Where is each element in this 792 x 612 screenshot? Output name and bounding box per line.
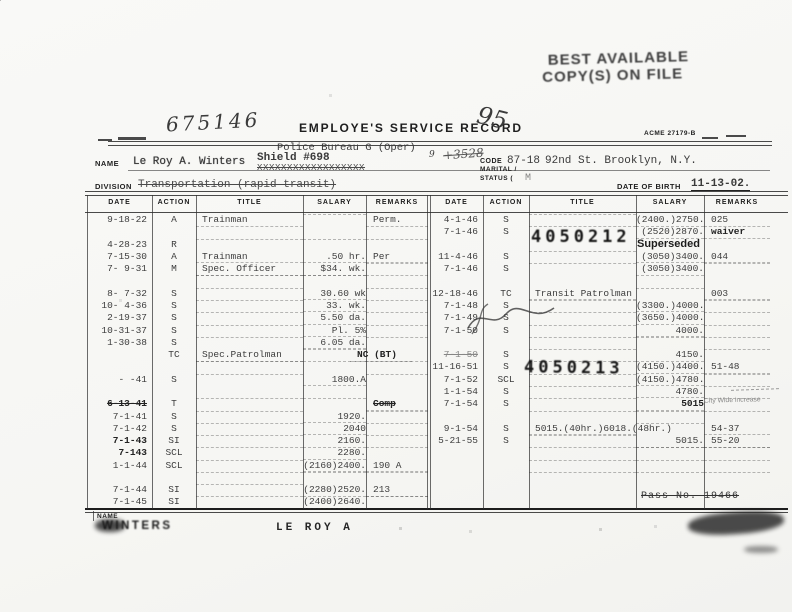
col-header-title: TITLE	[196, 199, 303, 206]
cell-title: Trainman	[196, 214, 303, 227]
cell-title: 5015.(40hr.)6018.(48hr.)	[529, 423, 636, 436]
cell-remarks: 003	[704, 288, 770, 301]
service-row	[87, 275, 428, 287]
cell-date: 5-21-55	[428, 435, 483, 447]
service-row	[87, 361, 428, 373]
cell-title	[529, 349, 636, 350]
service-row: 7-1-46S(3050)3400.	[428, 263, 770, 275]
cell-remarks	[704, 374, 770, 375]
cell-action: S	[152, 312, 196, 324]
cell-action: S	[483, 361, 529, 373]
cell-salary: (3050)3400.	[636, 263, 704, 276]
cell-salary: Pl. 5%	[303, 325, 366, 338]
cell-title	[196, 484, 303, 485]
cell-remarks: Perm.	[366, 214, 428, 227]
ink-smudge	[744, 546, 778, 553]
service-row	[428, 275, 770, 287]
cell-date: 7-1-42	[87, 423, 152, 435]
marital-label-2: STATUS (	[480, 175, 513, 182]
cell-title	[529, 460, 636, 461]
service-row	[87, 472, 428, 484]
cell-action: SCL	[152, 447, 196, 459]
cell-action: S	[152, 325, 196, 337]
cell-remarks	[366, 312, 428, 313]
cell-date: 7- 9-31	[87, 263, 152, 275]
service-row: 7-1-42S2040	[87, 423, 428, 435]
cell-date: 11-4-46	[428, 251, 483, 263]
header-bottom-rule	[85, 212, 788, 213]
dob-label: DATE OF BIRTH	[617, 182, 681, 191]
cell-salary: 2040	[303, 423, 366, 436]
cell-action: R	[152, 239, 196, 251]
scan-mark	[726, 135, 746, 137]
cell-date: 7-1-50	[428, 349, 483, 361]
cell-salary	[636, 472, 704, 473]
pass-number-struck: Pass No. 19466	[641, 491, 739, 502]
col-header-salary: SALARY	[636, 199, 704, 206]
cell-date: 7-1-52	[428, 374, 483, 386]
cell-title: Trainman	[196, 251, 303, 264]
cell-action: SI	[152, 484, 196, 496]
cell-remarks	[366, 239, 428, 240]
table-bottom-rule-2	[85, 512, 788, 513]
cell-remarks	[366, 288, 428, 289]
cell-remarks	[704, 337, 770, 338]
col-header-title: TITLE	[529, 199, 636, 206]
service-row	[87, 386, 428, 398]
cell-salary: 2160.	[303, 435, 366, 448]
cell-salary: 4150.	[636, 349, 704, 362]
service-row: 6-13-41TComp	[87, 398, 428, 410]
service-row: 5-21-55S5015.55-20	[428, 435, 770, 447]
cell-salary: 2280.	[303, 447, 366, 460]
stamp-line-2: COPY(S) ON FILE	[542, 65, 690, 86]
address-value: 92nd St. Brooklyn, N.Y.	[545, 155, 697, 167]
cell-salary: (2520)2870.	[636, 226, 704, 239]
service-row: 10-31-37SPl. 5%	[87, 325, 428, 337]
cell-title	[529, 472, 636, 473]
cell-salary: 5015.	[636, 435, 704, 448]
service-row	[87, 226, 428, 238]
cell-remarks: 190 A	[366, 460, 428, 473]
cell-salary: (4150.)4400.	[636, 361, 704, 374]
service-row: 4-1-46S(2400.)2750.025	[428, 214, 770, 226]
cell-title: Spec.Patrolman	[196, 349, 303, 362]
cell-title	[196, 275, 303, 276]
cell-salary: (3650.)4000.	[636, 312, 704, 325]
cell-remarks	[704, 312, 770, 313]
cell-action: A	[152, 214, 196, 226]
cell-title	[196, 239, 303, 240]
cell-salary: 5.50 da.	[303, 312, 366, 325]
cell-date: 1-30-38	[87, 337, 152, 349]
cell-action: S	[483, 386, 529, 398]
cell-title: Spec. Officer	[196, 263, 303, 276]
cell-action: S	[483, 435, 529, 447]
service-row	[428, 337, 770, 349]
cell-action: S	[483, 349, 529, 361]
cell-remarks	[366, 325, 428, 326]
cell-action: S	[152, 300, 196, 312]
cell-title	[196, 472, 303, 473]
service-row: 7-1-44SI(2280)2520.213	[87, 484, 428, 496]
cell-title	[529, 398, 636, 399]
cell-remarks	[704, 300, 770, 301]
name-label: NAME	[95, 159, 119, 168]
crossed-out-text: XXXXXXXXXXXXXXXXXX	[257, 163, 365, 173]
cell-title	[529, 251, 636, 252]
cell-action: S	[152, 337, 196, 349]
best-available-stamp: BEST AVAILABLE COPY(S) ON FILE	[548, 48, 690, 86]
cell-remarks	[366, 472, 428, 473]
cell-title	[196, 374, 303, 375]
service-table-left: 9-18-22ATrainmanPerm.4-28-23R7-15-30ATra…	[87, 214, 428, 509]
service-row: 7-1-45SI(2400)2640.	[87, 496, 428, 508]
cell-title	[196, 288, 303, 289]
service-row: 1-30-38S6.05 da.	[87, 337, 428, 349]
cell-salary: $34. wk.	[303, 263, 366, 276]
cell-remarks: waiver	[704, 226, 770, 239]
handwritten-digit: 9	[429, 150, 435, 160]
cell-salary: (2400.)2750.	[636, 214, 704, 227]
cell-date: 7-1-54	[428, 398, 483, 410]
cell-salary	[303, 361, 366, 362]
cell-title: Transit Patrolman	[529, 288, 636, 301]
service-row: 7-1-43SI2160.	[87, 435, 428, 447]
cell-salary: 33. wk.	[303, 300, 366, 313]
cell-date: 7-1-44	[87, 484, 152, 496]
cell-salary	[636, 337, 704, 338]
service-row: 10- 4-36S33. wk.	[87, 300, 428, 312]
table-top-rule-2	[85, 195, 788, 196]
cell-title	[196, 447, 303, 448]
cell-action: S	[152, 288, 196, 300]
payroll-stamp-1: 4050212	[531, 227, 631, 247]
cell-remarks	[366, 337, 428, 338]
cell-date: 9-18-22	[87, 214, 152, 226]
cell-action: S	[483, 423, 529, 435]
service-row: 2-19-37S5.50 da.	[87, 312, 428, 324]
cell-date: 9-1-54	[428, 423, 483, 435]
form-number: ACME 27179-B	[644, 130, 696, 137]
cell-remarks	[704, 472, 770, 473]
service-row: 11-4-46S(3050)3400.044	[428, 251, 770, 263]
cell-salary: 6.05 da.	[303, 337, 366, 350]
cell-date: 2-19-37	[87, 312, 152, 324]
cell-action: SCL	[483, 374, 529, 386]
title-rule-top	[108, 141, 772, 142]
cell-salary	[303, 472, 366, 473]
handwritten-file-number: 675146	[165, 108, 260, 137]
cell-title	[529, 263, 636, 264]
col-header-action: ACTION	[152, 199, 196, 206]
cell-date: 1-1-54	[428, 386, 483, 398]
cell-title	[196, 325, 303, 326]
cell-date: 8- 7-32	[87, 288, 152, 300]
cell-salary: 30.60 wk	[303, 288, 366, 301]
scan-mark	[702, 137, 718, 139]
cell-action: S	[483, 398, 529, 410]
cell-remarks: 044	[704, 251, 770, 264]
division-label: DIVISION	[95, 182, 132, 191]
cell-date: 6-13-41	[87, 398, 152, 410]
service-row: 7- 9-31MSpec. Officer$34. wk.	[87, 263, 428, 275]
cell-salary: 5015	[636, 398, 704, 411]
cell-title	[529, 386, 636, 387]
ink-smudge	[687, 509, 784, 538]
cell-salary: (2160)2400.	[303, 460, 366, 473]
cell-action: TC	[483, 288, 529, 300]
cell-salary: .50 hr.	[303, 251, 366, 264]
col-header-date: DATE	[87, 199, 152, 206]
service-row	[428, 460, 770, 472]
cell-title	[196, 496, 303, 497]
name-value: Le Roy A. Winters	[133, 156, 245, 168]
cell-salary: (3050)3400.	[636, 251, 704, 264]
cell-action: S	[152, 374, 196, 386]
service-row: 8- 7-32S30.60 wk	[87, 288, 428, 300]
col-header-action: ACTION	[483, 199, 529, 206]
cell-remarks	[366, 374, 428, 375]
cell-title	[196, 312, 303, 313]
cell-remarks	[366, 411, 428, 412]
cell-date: 10- 4-36	[87, 300, 152, 312]
cell-date: 1-1-44	[87, 460, 152, 472]
cell-remarks	[704, 411, 770, 412]
cell-salary: (3300.)4000.	[636, 300, 704, 313]
cell-date: 7-143	[87, 447, 152, 459]
cell-title	[196, 435, 303, 436]
cell-salary	[636, 411, 704, 412]
cell-remarks: 55-20	[704, 435, 770, 448]
cell-remarks	[366, 496, 428, 497]
cell-remarks: 025	[704, 214, 770, 227]
cell-title	[196, 460, 303, 461]
cell-remarks	[704, 263, 770, 264]
cell-salary	[636, 460, 704, 461]
col-header-remarks: REMARKS	[704, 199, 770, 206]
cell-salary: 4780.	[636, 386, 704, 399]
service-row: 1-1-44SCL(2160)2400.190 A	[87, 460, 428, 472]
cell-action: TC	[152, 349, 196, 361]
cell-title	[196, 337, 303, 338]
payroll-stamp-2: 4050213	[524, 357, 624, 378]
cell-date: 10-31-37	[87, 325, 152, 337]
cell-title	[196, 300, 303, 301]
table-top-rule-1	[85, 191, 788, 192]
cell-date: 7-1-45	[87, 496, 152, 508]
cell-action: T	[152, 398, 196, 410]
service-row: 7-143SCL2280.	[87, 447, 428, 459]
cell-date: 11-16-51	[428, 361, 483, 373]
cell-remarks	[704, 460, 770, 461]
cell-title	[196, 361, 303, 362]
service-row: 4-28-23R	[87, 239, 428, 251]
cell-remarks: Comp	[366, 398, 428, 411]
footer-tick	[93, 511, 94, 521]
code-label: CODE	[480, 158, 502, 165]
cell-date: 7-1-43	[87, 435, 152, 447]
cell-action: M	[152, 263, 196, 275]
service-row	[428, 411, 770, 423]
cell-title	[529, 411, 636, 412]
cell-action: S	[152, 423, 196, 435]
paper-specks	[0, 0, 1, 1]
cell-action: S	[483, 214, 529, 226]
cell-salary	[303, 275, 366, 276]
cell-remarks	[366, 435, 428, 436]
marital-label-1: MARITAL /	[480, 166, 517, 173]
cell-salary: 1800.A	[303, 374, 366, 387]
cell-salary	[303, 214, 366, 215]
cell-salary	[636, 423, 704, 424]
cell-action: S	[483, 263, 529, 275]
cell-date: 7-1-41	[87, 411, 152, 423]
cell-date: 7-1-46	[428, 263, 483, 275]
cell-salary	[636, 447, 704, 448]
division-value: Transportation (rapid transit)	[138, 179, 336, 191]
scanned-service-record: BEST AVAILABLE COPY(S) ON FILE 675146 EM…	[0, 0, 792, 612]
cell-title	[196, 423, 303, 424]
service-row: 7-15-30ATrainman.50 hr.Per	[87, 251, 428, 263]
cell-remarks	[366, 361, 428, 362]
cell-date: - -41	[87, 374, 152, 386]
cell-remarks	[704, 325, 770, 326]
typed-given-name: LE ROY A	[276, 522, 353, 534]
cell-action: S	[483, 226, 529, 238]
cell-date: 7-15-30	[87, 251, 152, 263]
cell-remarks: Per	[366, 251, 428, 264]
service-row: TCSpec.PatrolmanNC (BT)	[87, 349, 428, 361]
cell-remarks: 54-37	[704, 423, 770, 436]
service-row: - -41S1800.A	[87, 374, 428, 386]
cell-salary: (2400)2640.	[303, 496, 366, 509]
cell-remarks	[366, 275, 428, 276]
superseded-stamp: Superseded	[637, 238, 700, 250]
cell-remarks	[366, 263, 428, 264]
cell-title	[529, 447, 636, 448]
scan-mark	[118, 137, 146, 140]
cell-remarks	[704, 386, 770, 387]
cell-title	[196, 411, 303, 412]
cell-salary	[636, 288, 704, 289]
cell-remarks: 213	[366, 484, 428, 497]
cell-remarks	[366, 447, 428, 448]
cell-remarks	[704, 349, 770, 350]
cell-date: 4-1-46	[428, 214, 483, 226]
cell-action: SI	[152, 435, 196, 447]
cell-action: SI	[152, 496, 196, 508]
service-row: 12-18-46TCTransit Patrolman003	[428, 288, 770, 300]
cell-title	[529, 214, 636, 215]
handwritten-scribble	[462, 300, 572, 338]
service-row: 7-1-41S1920.	[87, 411, 428, 423]
cell-action: S	[483, 251, 529, 263]
title-rule-bottom	[108, 145, 772, 146]
col-header-remarks: REMARKS	[366, 199, 428, 206]
service-row: 9-18-22ATrainmanPerm.	[87, 214, 428, 226]
cell-salary: (4150.)4780.	[636, 374, 704, 387]
col-header-salary: SALARY	[303, 199, 366, 206]
city-wide-note: City Wide increase	[704, 396, 761, 404]
service-row	[428, 472, 770, 484]
cell-title	[529, 435, 636, 436]
smudged-surname: WINTERS	[102, 520, 173, 532]
service-row	[428, 447, 770, 459]
cell-salary: 1920.	[303, 411, 366, 424]
cell-action: A	[152, 251, 196, 263]
cell-remarks: 51-48	[704, 361, 770, 374]
cell-title	[196, 398, 303, 399]
cell-action: SCL	[152, 460, 196, 472]
cell-date: 4-28-23	[87, 239, 152, 251]
cell-remarks	[704, 447, 770, 448]
service-row: 9-1-54S5015.(40hr.)6018.(48hr.)54-37	[428, 423, 770, 435]
cell-remarks: NC (BT)	[350, 349, 412, 362]
cell-salary	[303, 239, 366, 240]
cell-remarks	[366, 300, 428, 301]
col-header-date: DATE	[430, 199, 483, 206]
cell-remarks	[366, 423, 428, 424]
cell-date: 7-1-46	[428, 226, 483, 238]
cell-action: S	[152, 411, 196, 423]
struck-handwritten-number: +3528	[443, 146, 484, 163]
dob-value: 11-13-02.	[691, 178, 750, 191]
marital-value: M	[525, 173, 531, 184]
cell-salary: (2280)2520.	[303, 484, 366, 497]
cell-date: 12-18-46	[428, 288, 483, 300]
cell-salary	[303, 398, 366, 399]
cell-salary: 4000.	[636, 325, 704, 338]
name-underline	[128, 170, 770, 171]
